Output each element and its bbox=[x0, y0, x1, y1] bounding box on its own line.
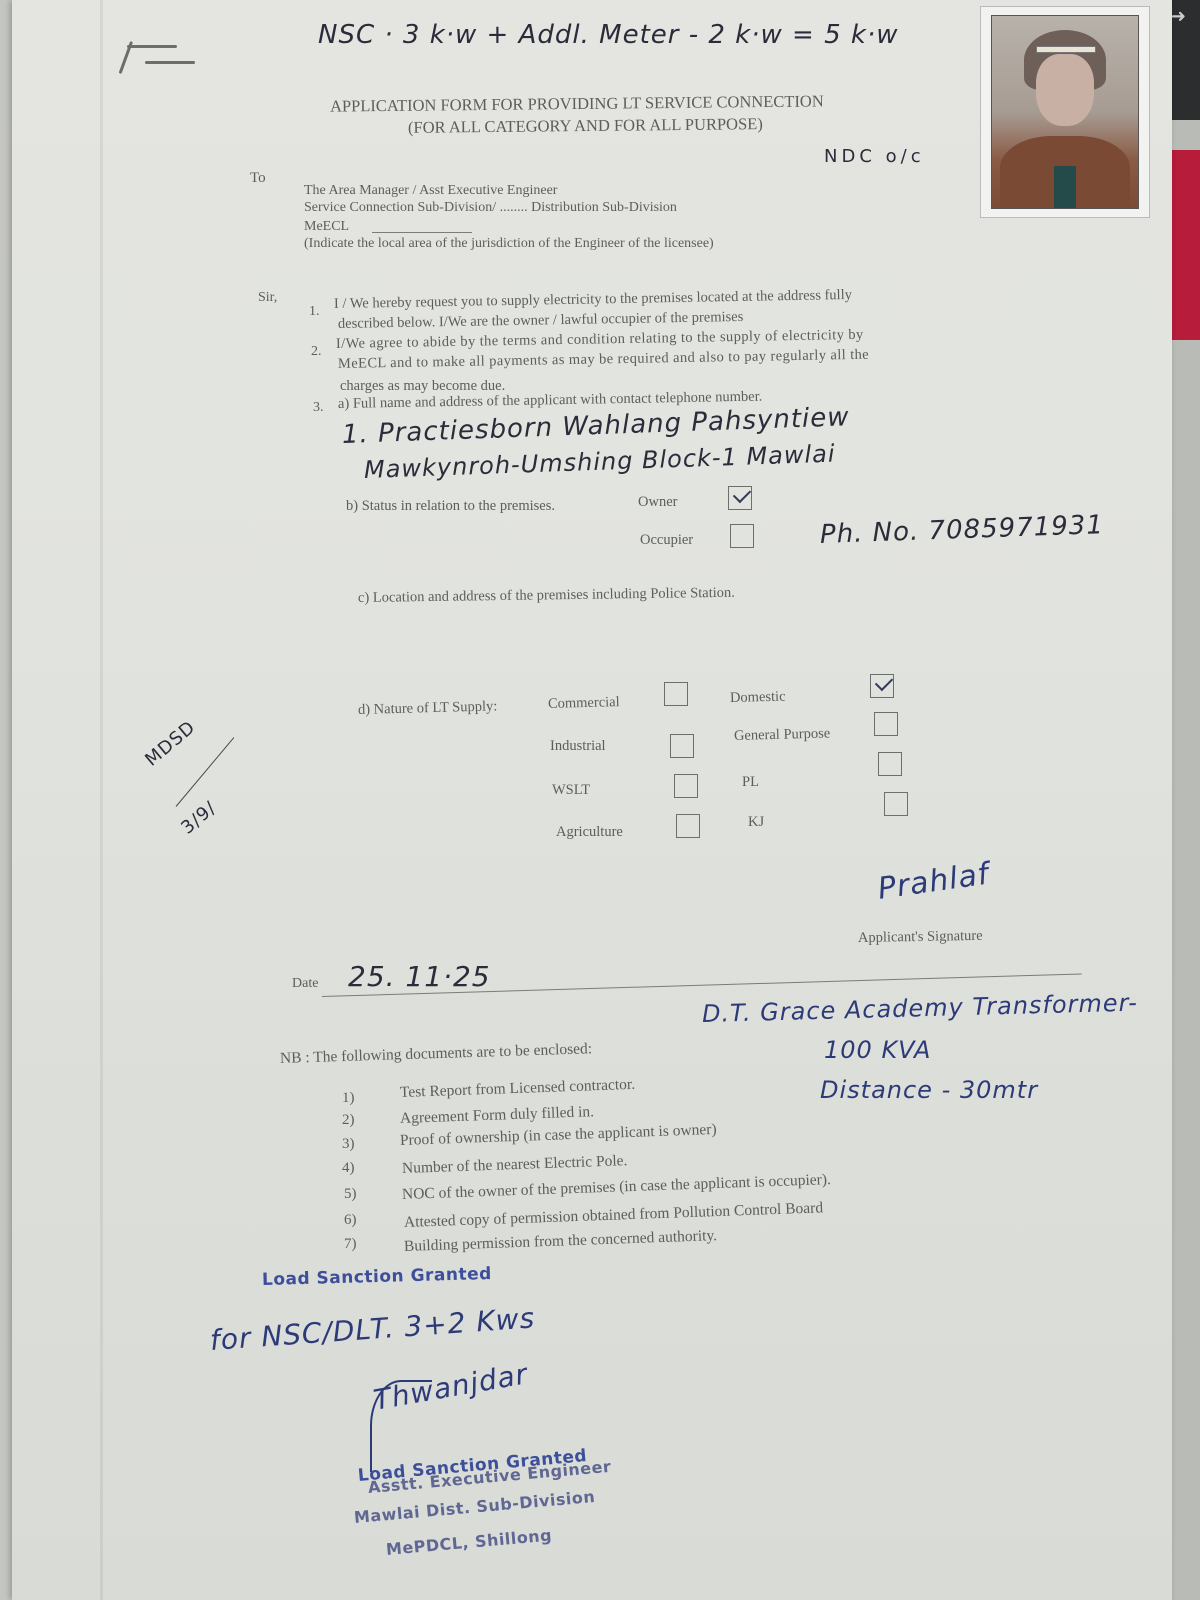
industrial-checkbox[interactable] bbox=[670, 734, 694, 758]
application-form-page: NSC · 3 k·w + Addl. Meter - 2 k·w = 5 k·… bbox=[12, 0, 1172, 1600]
location-label: c) Location and address of the premises … bbox=[358, 585, 735, 607]
paper-fold bbox=[100, 0, 103, 1600]
general-purpose-checkbox[interactable] bbox=[874, 712, 898, 736]
margin-divider bbox=[176, 737, 235, 807]
addressee-line: (Indicate the local area of the jurisdic… bbox=[304, 236, 714, 252]
supply-option-label: General Purpose bbox=[734, 725, 831, 745]
applicant-signature-label: Applicant's Signature bbox=[858, 928, 983, 947]
margin-note: 3/9/ bbox=[177, 797, 220, 838]
occupier-checkbox[interactable] bbox=[730, 524, 754, 548]
staple-pin bbox=[1036, 46, 1096, 53]
sanction-note: for NSC/DLT. 3+2 Kws bbox=[209, 1301, 536, 1357]
reference-note: NDC o/c bbox=[824, 146, 925, 167]
supply-option-label: Domestic bbox=[730, 689, 786, 707]
document-item: Agreement Form duly filled in. bbox=[400, 1103, 595, 1128]
clause-text: I / We hereby request you to supply elec… bbox=[334, 287, 852, 313]
salutation: Sir, bbox=[258, 290, 277, 306]
document-item: Building permission from the concerned a… bbox=[404, 1227, 718, 1256]
form-subtitle: (FOR ALL CATEGORY AND FOR ALL PURPOSE) bbox=[408, 114, 763, 138]
occupier-label: Occupier bbox=[640, 532, 693, 549]
supply-option-label: Agriculture bbox=[556, 824, 623, 841]
pl-checkbox[interactable] bbox=[878, 752, 902, 776]
owner-checkbox[interactable] bbox=[728, 486, 752, 510]
load-sanction-stamp: Load Sanction Granted bbox=[262, 1264, 492, 1290]
addressee-line: MeECL bbox=[304, 219, 349, 235]
document-number: 7) bbox=[344, 1236, 357, 1253]
clause-number: 1. bbox=[309, 304, 320, 320]
clause-number: 2. bbox=[311, 344, 322, 360]
supply-option-label: Commercial bbox=[548, 694, 620, 713]
staple-mark bbox=[119, 41, 133, 74]
addressee-line: Service Connection Sub-Division/ .......… bbox=[304, 200, 677, 216]
document-number: 4) bbox=[342, 1160, 355, 1177]
officer-designation-stamp: MePDCL, Shillong bbox=[385, 1526, 553, 1559]
handwritten-load-note: NSC · 3 k·w + Addl. Meter - 2 k·w = 5 k·… bbox=[318, 20, 898, 50]
document-item: NOC of the owner of the premises (in cas… bbox=[402, 1171, 831, 1204]
nb-label: NB : The following documents are to be e… bbox=[280, 1040, 593, 1068]
arrow-icon: ➜ bbox=[1171, 6, 1186, 27]
staple-mark bbox=[145, 61, 195, 64]
applicant-signature: Prahlaf bbox=[876, 857, 992, 907]
blank-line bbox=[372, 232, 472, 233]
dt-capacity-note: 100 KVA bbox=[824, 1036, 931, 1064]
agriculture-checkbox[interactable] bbox=[676, 814, 700, 838]
document-item: Attested copy of permission obtained fro… bbox=[404, 1199, 824, 1232]
to-label: To bbox=[250, 170, 266, 187]
status-label: b) Status in relation to the premises. bbox=[346, 498, 555, 515]
owner-label: Owner bbox=[638, 494, 677, 511]
supply-option-label: Industrial bbox=[550, 738, 606, 755]
date-label: Date bbox=[292, 976, 318, 992]
dt-distance-note: Distance - 30mtr bbox=[820, 1076, 1038, 1104]
document-number: 3) bbox=[342, 1136, 355, 1153]
supply-option-label: WSLT bbox=[552, 782, 590, 799]
wslt-checkbox[interactable] bbox=[674, 774, 698, 798]
document-number: 6) bbox=[344, 1212, 357, 1229]
domestic-checkbox[interactable] bbox=[870, 674, 894, 698]
clause-number: 3. bbox=[313, 400, 324, 416]
clause-text: charges as may become due. bbox=[340, 378, 505, 395]
staple-mark bbox=[127, 45, 177, 48]
document-number: 2) bbox=[342, 1112, 355, 1129]
margin-note: MDSD bbox=[141, 717, 199, 771]
form-title: APPLICATION FORM FOR PROVIDING LT SERVIC… bbox=[330, 91, 824, 116]
applicant-photo bbox=[980, 6, 1150, 218]
kj-checkbox[interactable] bbox=[884, 792, 908, 816]
date-value: 25. 11·25 bbox=[348, 960, 491, 993]
document-number: 1) bbox=[342, 1090, 355, 1107]
dt-transformer-note: D.T. Grace Academy Transformer- bbox=[702, 989, 1139, 1028]
commercial-checkbox[interactable] bbox=[664, 682, 688, 706]
supply-label: d) Nature of LT Supply: bbox=[358, 698, 498, 719]
document-number: 5) bbox=[344, 1186, 357, 1203]
supply-option-label: KJ bbox=[748, 814, 764, 831]
addressee-line: The Area Manager / Asst Executive Engine… bbox=[304, 183, 557, 199]
applicant-phone: Ph. No. 7085971931 bbox=[819, 510, 1104, 550]
document-item: Test Report from Licensed contractor. bbox=[400, 1076, 636, 1102]
document-item: Number of the nearest Electric Pole. bbox=[402, 1152, 628, 1178]
supply-option-label: PL bbox=[742, 774, 759, 791]
signature-loop bbox=[370, 1380, 432, 1472]
